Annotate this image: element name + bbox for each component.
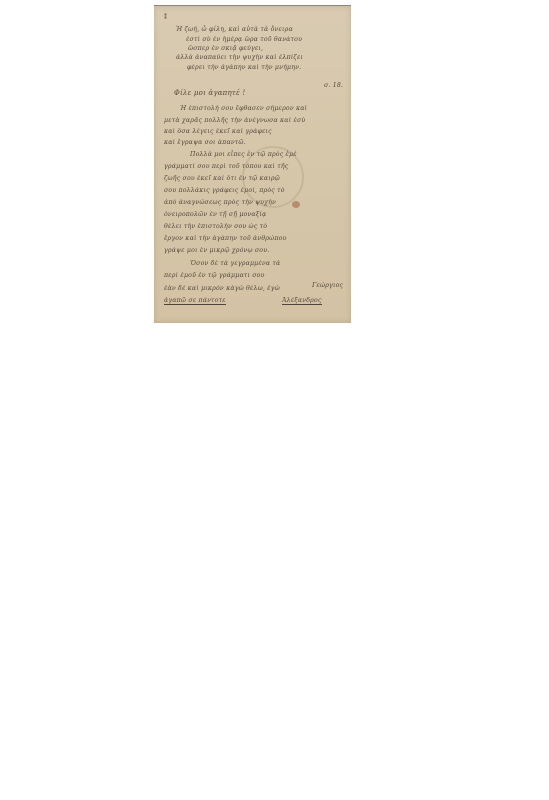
ink-stain bbox=[292, 201, 300, 208]
body-line: ἀπὸ ἀναγνώσεως πρὸς τὴν ψυχὴν bbox=[164, 199, 276, 206]
salutation: Φίλε μοι ἀγαπητέ ! bbox=[174, 89, 245, 97]
body-line: σου πολλάκις γράφεις ἐμοί, πρὸς τὸ bbox=[164, 187, 285, 194]
letter-page: ⁑ Ἡ ζωή, ὦ φίλη, καὶ αὐτὰ τὰ ὄνειρα ἐστὶ… bbox=[154, 5, 351, 323]
body-line: Πολλὰ μοι εἶπες ἐν τῷ πρὸς ἐμὲ bbox=[190, 151, 297, 158]
epigraph-line: Ἡ ζωή, ὦ φίλη, καὶ αὐτὰ τὰ ὄνειρα bbox=[176, 26, 293, 33]
body-line: Ὅσον δὲ τὰ γεγραμμένα τὰ bbox=[190, 260, 280, 267]
body-line: Ἡ ἐπιστολή σου ἔφθασεν σήμερον καὶ bbox=[180, 105, 307, 112]
body-line: ἐὰν δὲ καὶ μικρὸν κἀγὼ θέλω, ἐγὼ bbox=[164, 285, 280, 292]
epigraph-line: ὥσπερ ἐν σκιᾷ φεύγει, bbox=[188, 45, 263, 52]
body-line: περὶ ἐμοῦ ἐν τῷ γράμματι σου bbox=[164, 272, 265, 279]
body-line: ὀνειροπολῶν ἐν τῇ σῇ μοναξίᾳ bbox=[164, 211, 266, 218]
body-line: μετὰ χαρᾶς πολλῆς τὴν ἀνέγνωσα καὶ ἐσὺ bbox=[164, 117, 305, 124]
epigraph-line: φέρει τὴν ἀγάπην καὶ τὴν μνήμην. bbox=[187, 64, 301, 71]
epigraph-mark: σ. 18. bbox=[324, 82, 343, 89]
page-mark: ⁑ bbox=[164, 14, 167, 21]
body-line: καὶ ὅσα λέγεις ἐκεῖ καὶ γράφεις bbox=[164, 128, 272, 135]
body-line: ἀγαπῶ σε πάντοτε bbox=[164, 297, 226, 305]
epigraph-line: ἐστὶ σὺ ἐν ἡμέρᾳ ὥρα τοῦ θανάτου bbox=[186, 36, 302, 43]
body-line: ἔργον καὶ τὴν ἀγάπην τοῦ ἀνθρώπου bbox=[164, 235, 287, 242]
margin-note: Γεώργιος bbox=[312, 282, 343, 289]
body-line: γράψε μοι ἐν μικρῷ χρόνῳ σου. bbox=[164, 247, 269, 254]
body-line: θέλει τὴν ἐπιστολὴν σου ὡς τὸ bbox=[164, 223, 267, 230]
epigraph-line: ἀλλὰ ἀναπαύει τὴν ψυχὴν καὶ ἐλπίζει bbox=[176, 54, 303, 61]
body-line: γράμματί σου περὶ τοῦ τόπου καὶ τῆς bbox=[164, 163, 288, 170]
body-line: καὶ ἔγραψα σοι ἀπαντῶ. bbox=[164, 139, 246, 146]
signature: Ἀλέξανδρος bbox=[282, 297, 322, 305]
body-line: ζωῆς σου ἐκεῖ καὶ ὅτι ἐν τῷ καιρῷ bbox=[164, 175, 280, 182]
